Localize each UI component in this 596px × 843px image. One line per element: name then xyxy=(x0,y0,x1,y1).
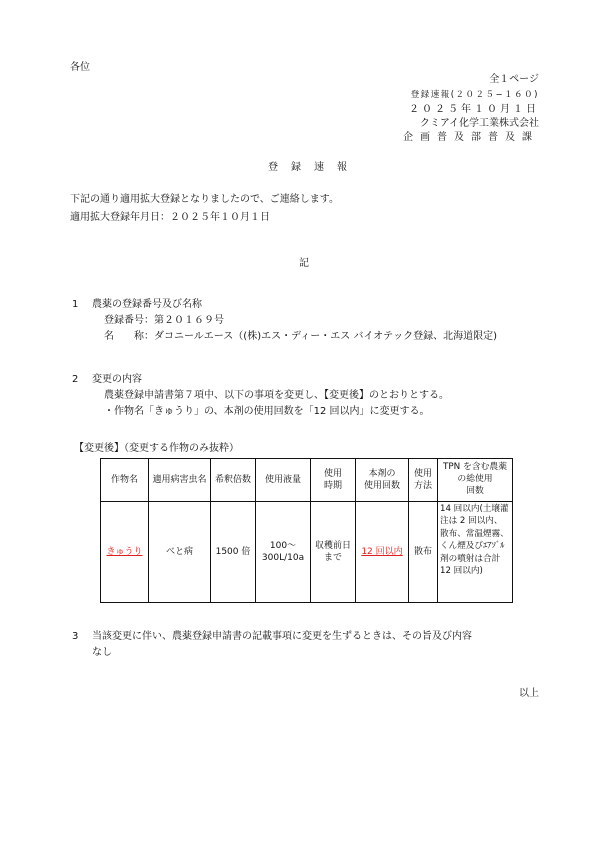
ki-marker: 記 xyxy=(299,258,309,270)
cell-pest: べと病 xyxy=(149,502,211,603)
section-3-body: なし xyxy=(92,647,112,659)
changes-table: 作物名 適用病害虫名 希釈倍数 使用液量 使用 時期 本剤の 使用回数 使用 方… xyxy=(100,458,513,603)
header-crop: 作物名 xyxy=(101,459,149,502)
table-caption: 【変更後】（変更する作物のみ抜粋） xyxy=(74,443,239,455)
issue-date: ２０２５年１０月１日 xyxy=(409,104,539,116)
header-dilution: 希釈倍数 xyxy=(211,459,256,502)
cell-count: 12 回以内 xyxy=(356,502,409,603)
crop-name: きゅうり xyxy=(106,547,142,557)
cell-method: 散布 xyxy=(409,502,438,603)
reference-number: 登録速報(２０２５−１６０) xyxy=(411,90,539,100)
section-3-number: 3 xyxy=(72,631,78,643)
intro-line-2: 適用拡大登録年月日：２０２５年１０月１日 xyxy=(70,212,270,224)
table-header-row: 作物名 適用病害虫名 希釈倍数 使用液量 使用 時期 本剤の 使用回数 使用 方… xyxy=(101,459,513,502)
company-name: クミアイ化学工業株式会社 xyxy=(420,118,539,130)
section-2-line-1: 農薬登録申請書第７項中、以下の事項を変更し、【変更後】のとおりとする。 xyxy=(104,390,449,402)
section-3-heading: 当該変更に伴い、農薬登録申請書の記載事項に変更を生ずるときは、その旨及び内容 xyxy=(92,631,472,643)
registration-number: 登録番号：第２０１６９号 xyxy=(104,315,224,327)
cell-timing: 収穫前日 まで xyxy=(311,502,356,603)
section-2-number: 2 xyxy=(72,374,78,386)
section-2-heading: 変更の内容 xyxy=(92,374,142,386)
document-title: 登録速報 xyxy=(268,162,360,174)
header-method: 使用 方法 xyxy=(409,459,438,502)
usage-count: 12 回以内 xyxy=(361,547,402,557)
product-name: 名 称：ダコニールエース（(株)エス・ディー・エス バイオテック登録、北海道限定… xyxy=(104,331,497,343)
cell-crop: きゅうり xyxy=(101,502,149,603)
header-pest: 適用病害虫名 xyxy=(149,459,211,502)
cell-volume: 100～ 300L/10a xyxy=(256,502,311,603)
section-1-heading: 農薬の登録番号及び名称 xyxy=(92,299,202,311)
header-timing: 使用 時期 xyxy=(311,459,356,502)
table-row: きゅうり べと病 1500 倍 100～ 300L/10a 収穫前日 まで 12… xyxy=(101,502,513,603)
cell-dilution: 1500 倍 xyxy=(211,502,256,603)
page-count: 全１ページ xyxy=(489,74,539,86)
addressee: 各位 xyxy=(70,62,90,74)
header-count: 本剤の 使用回数 xyxy=(356,459,409,502)
header-volume: 使用液量 xyxy=(256,459,311,502)
header-total-count: TPN を含む農薬 の総使用 回数 xyxy=(438,459,513,502)
cell-total-count: 14 回以内(土壌灌注は 2 回以内、散布、常温煙霧、くん煙及びｴｱｿﾞﾙ剤の噴… xyxy=(438,502,513,603)
department-name: 企画普及部普及課 xyxy=(403,132,539,144)
intro-line-1: 下記の通り適用拡大登録となりましたので、ご連絡します。 xyxy=(70,194,339,206)
section-1-number: 1 xyxy=(72,299,78,311)
closing-mark: 以上 xyxy=(519,688,539,700)
section-2-line-2: ・作物名「きゅうり」の、本剤の使用回数を「12 回以内」に変更する。 xyxy=(104,406,430,418)
